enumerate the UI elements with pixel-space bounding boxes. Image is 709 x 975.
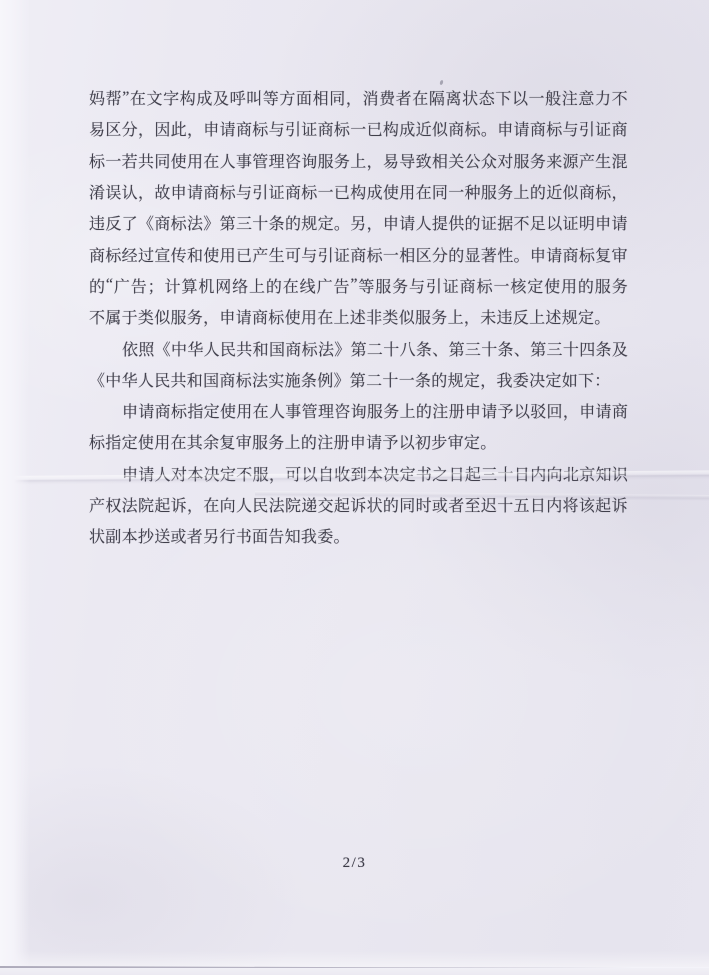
text-line: 淆误认，故申请商标与引证商标一已构成使用在同一种服务上的近似商标，: [89, 176, 628, 207]
text-line: 的“广告；计算机网络上的在线广告”等服务与引证商标一核定使用的服务: [89, 270, 628, 301]
paper-sheet: 妈帮”在文字构成及呼叫等方面相同，消费者在隔离状态下以一般注意力不 易区分，因此…: [0, 0, 709, 967]
scanned-document-page: 妈帮”在文字构成及呼叫等方面相同，消费者在隔离状态下以一般注意力不 易区分，因此…: [0, 0, 709, 975]
text-line: 易区分，因此，申请商标与引证商标一已构成近似商标。申请商标与引证商: [89, 113, 628, 144]
text-line: 依照《中华人民共和国商标法》第二十八条、第三十条、第三十四条及: [89, 332, 628, 363]
text-line: 申请商标指定使用在人事管理咨询服务上的注册申请予以驳回，申请商: [89, 395, 628, 426]
scanner-edge-strip: [0, 0, 30, 975]
text-line: 妈帮”在文字构成及呼叫等方面相同，消费者在隔离状态下以一般注意力不: [89, 82, 628, 113]
text-line: 不属于类似服务，申请商标使用在上述非类似服务上，未违反上述规定。: [89, 301, 628, 332]
text-line: 标一若共同使用在人事管理咨询服务上，易导致相关公众对服务来源产生混: [89, 145, 628, 176]
text-line: 标指定使用在其余复审服务上的注册申请予以初步审定。: [89, 426, 628, 457]
page-number: 2/3: [0, 855, 709, 872]
text-line: 违反了《商标法》第三十条的规定。另，申请人提供的证据不足以证明申请: [89, 207, 628, 238]
text-line: 状副本抄送或者另行书面告知我委。: [89, 520, 628, 551]
text-line: 《中华人民共和国商标法实施条例》第二十一条的规定，我委决定如下：: [89, 364, 628, 395]
scanner-bed-strip: [0, 968, 709, 975]
text-line: 商标经过宣传和使用已产生可与引证商标一相区分的显著性。申请商标复审: [89, 238, 628, 269]
